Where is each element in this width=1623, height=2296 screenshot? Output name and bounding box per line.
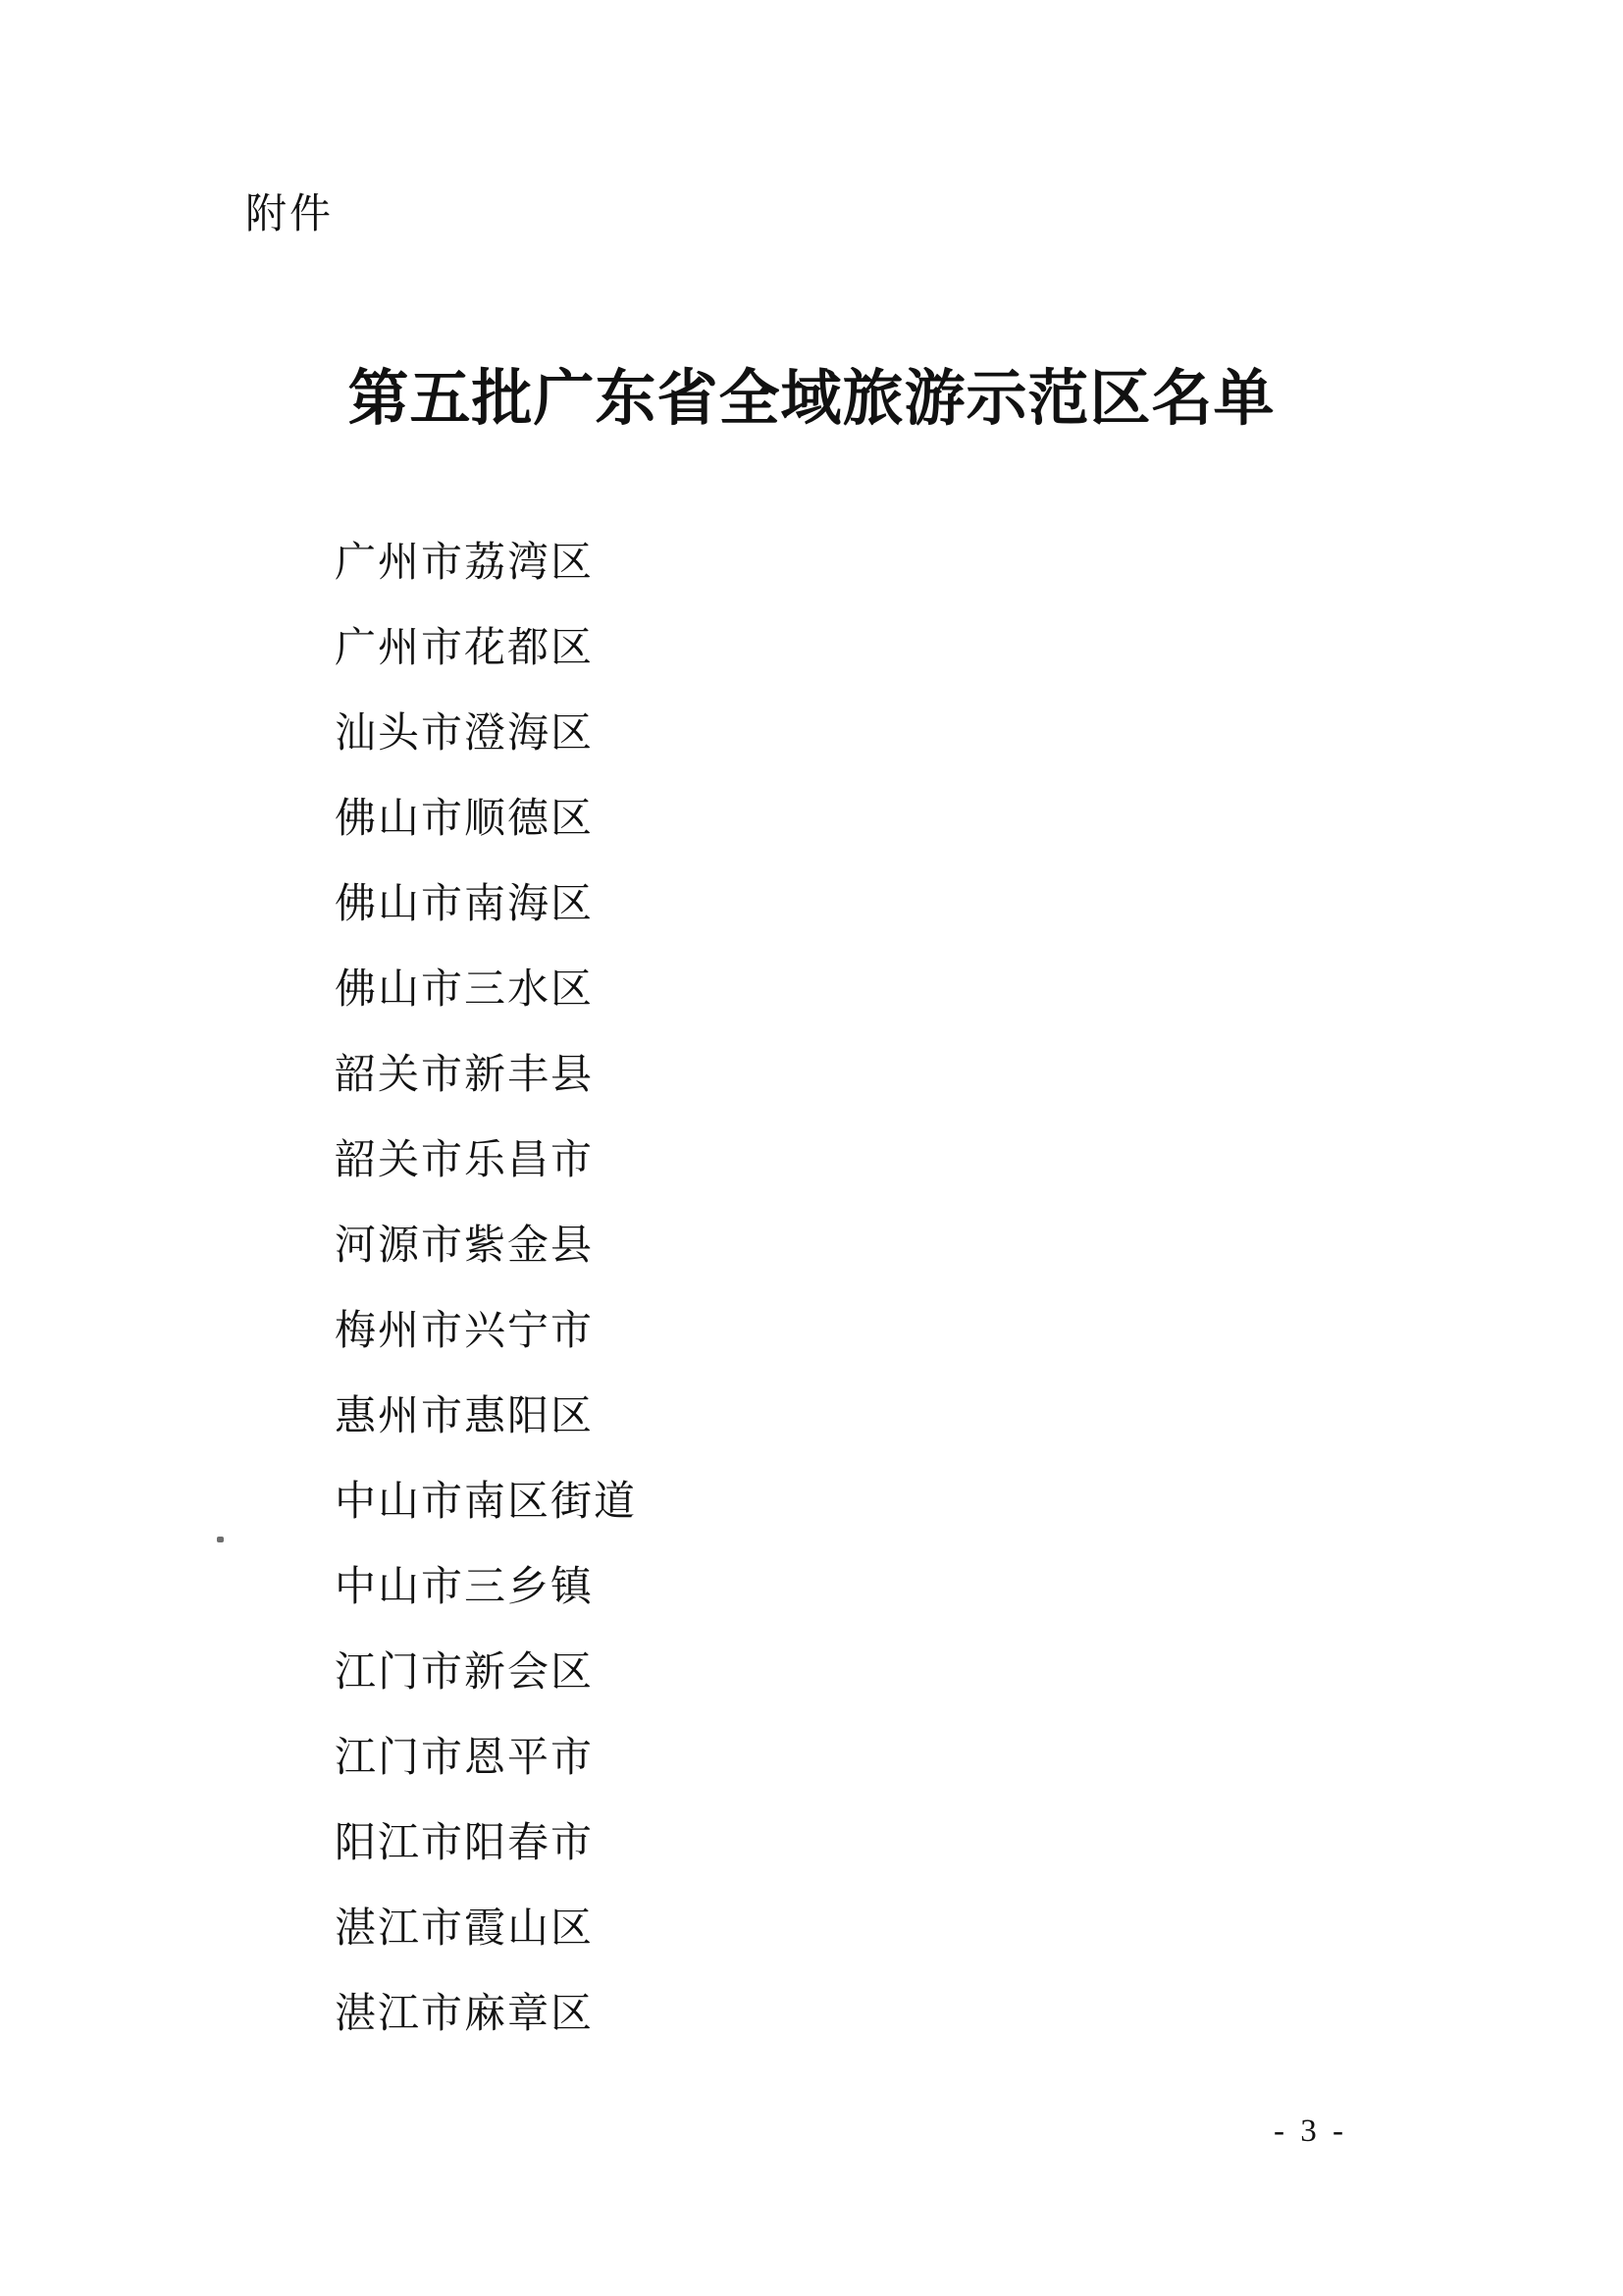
district-list-item: 中山市三乡镇 [335,1545,637,1631]
district-list-item: 湛江市麻章区 [335,1972,637,2058]
document-title: 第五批广东省全域旅游示范区名单 [0,369,1623,430]
district-list-item: 佛山市南海区 [335,862,637,948]
attachment-label: 附件 [245,194,334,235]
district-list-item: 河源市紫金县 [335,1204,637,1289]
district-list-item: 广州市荔湾区 [335,521,637,606]
district-list-item: 湛江市霞山区 [335,1887,637,1972]
district-list: 广州市荔湾区广州市花都区汕头市澄海区佛山市顺德区佛山市南海区佛山市三水区韶关市新… [335,521,637,2058]
district-list-item: 江门市恩平市 [335,1716,637,1801]
district-list-item: 梅州市兴宁市 [335,1289,637,1375]
district-list-item: 广州市花都区 [335,606,637,692]
district-list-item: 韶关市乐昌市 [335,1119,637,1204]
district-list-item: 阳江市阳春市 [335,1801,637,1887]
scan-speck [217,1537,224,1542]
district-list-item: 佛山市三水区 [335,948,637,1033]
district-list-item: 中山市南区街道 [335,1460,637,1545]
document-page: 附件 第五批广东省全域旅游示范区名单 广州市荔湾区广州市花都区汕头市澄海区佛山市… [0,0,1623,2296]
district-list-item: 江门市新会区 [335,1631,637,1716]
page-number: - 3 - [1274,2115,1347,2148]
district-list-item: 汕头市澄海区 [335,692,637,777]
district-list-item: 韶关市新丰县 [335,1033,637,1119]
district-list-item: 佛山市顺德区 [335,777,637,862]
district-list-item: 惠州市惠阳区 [335,1375,637,1460]
